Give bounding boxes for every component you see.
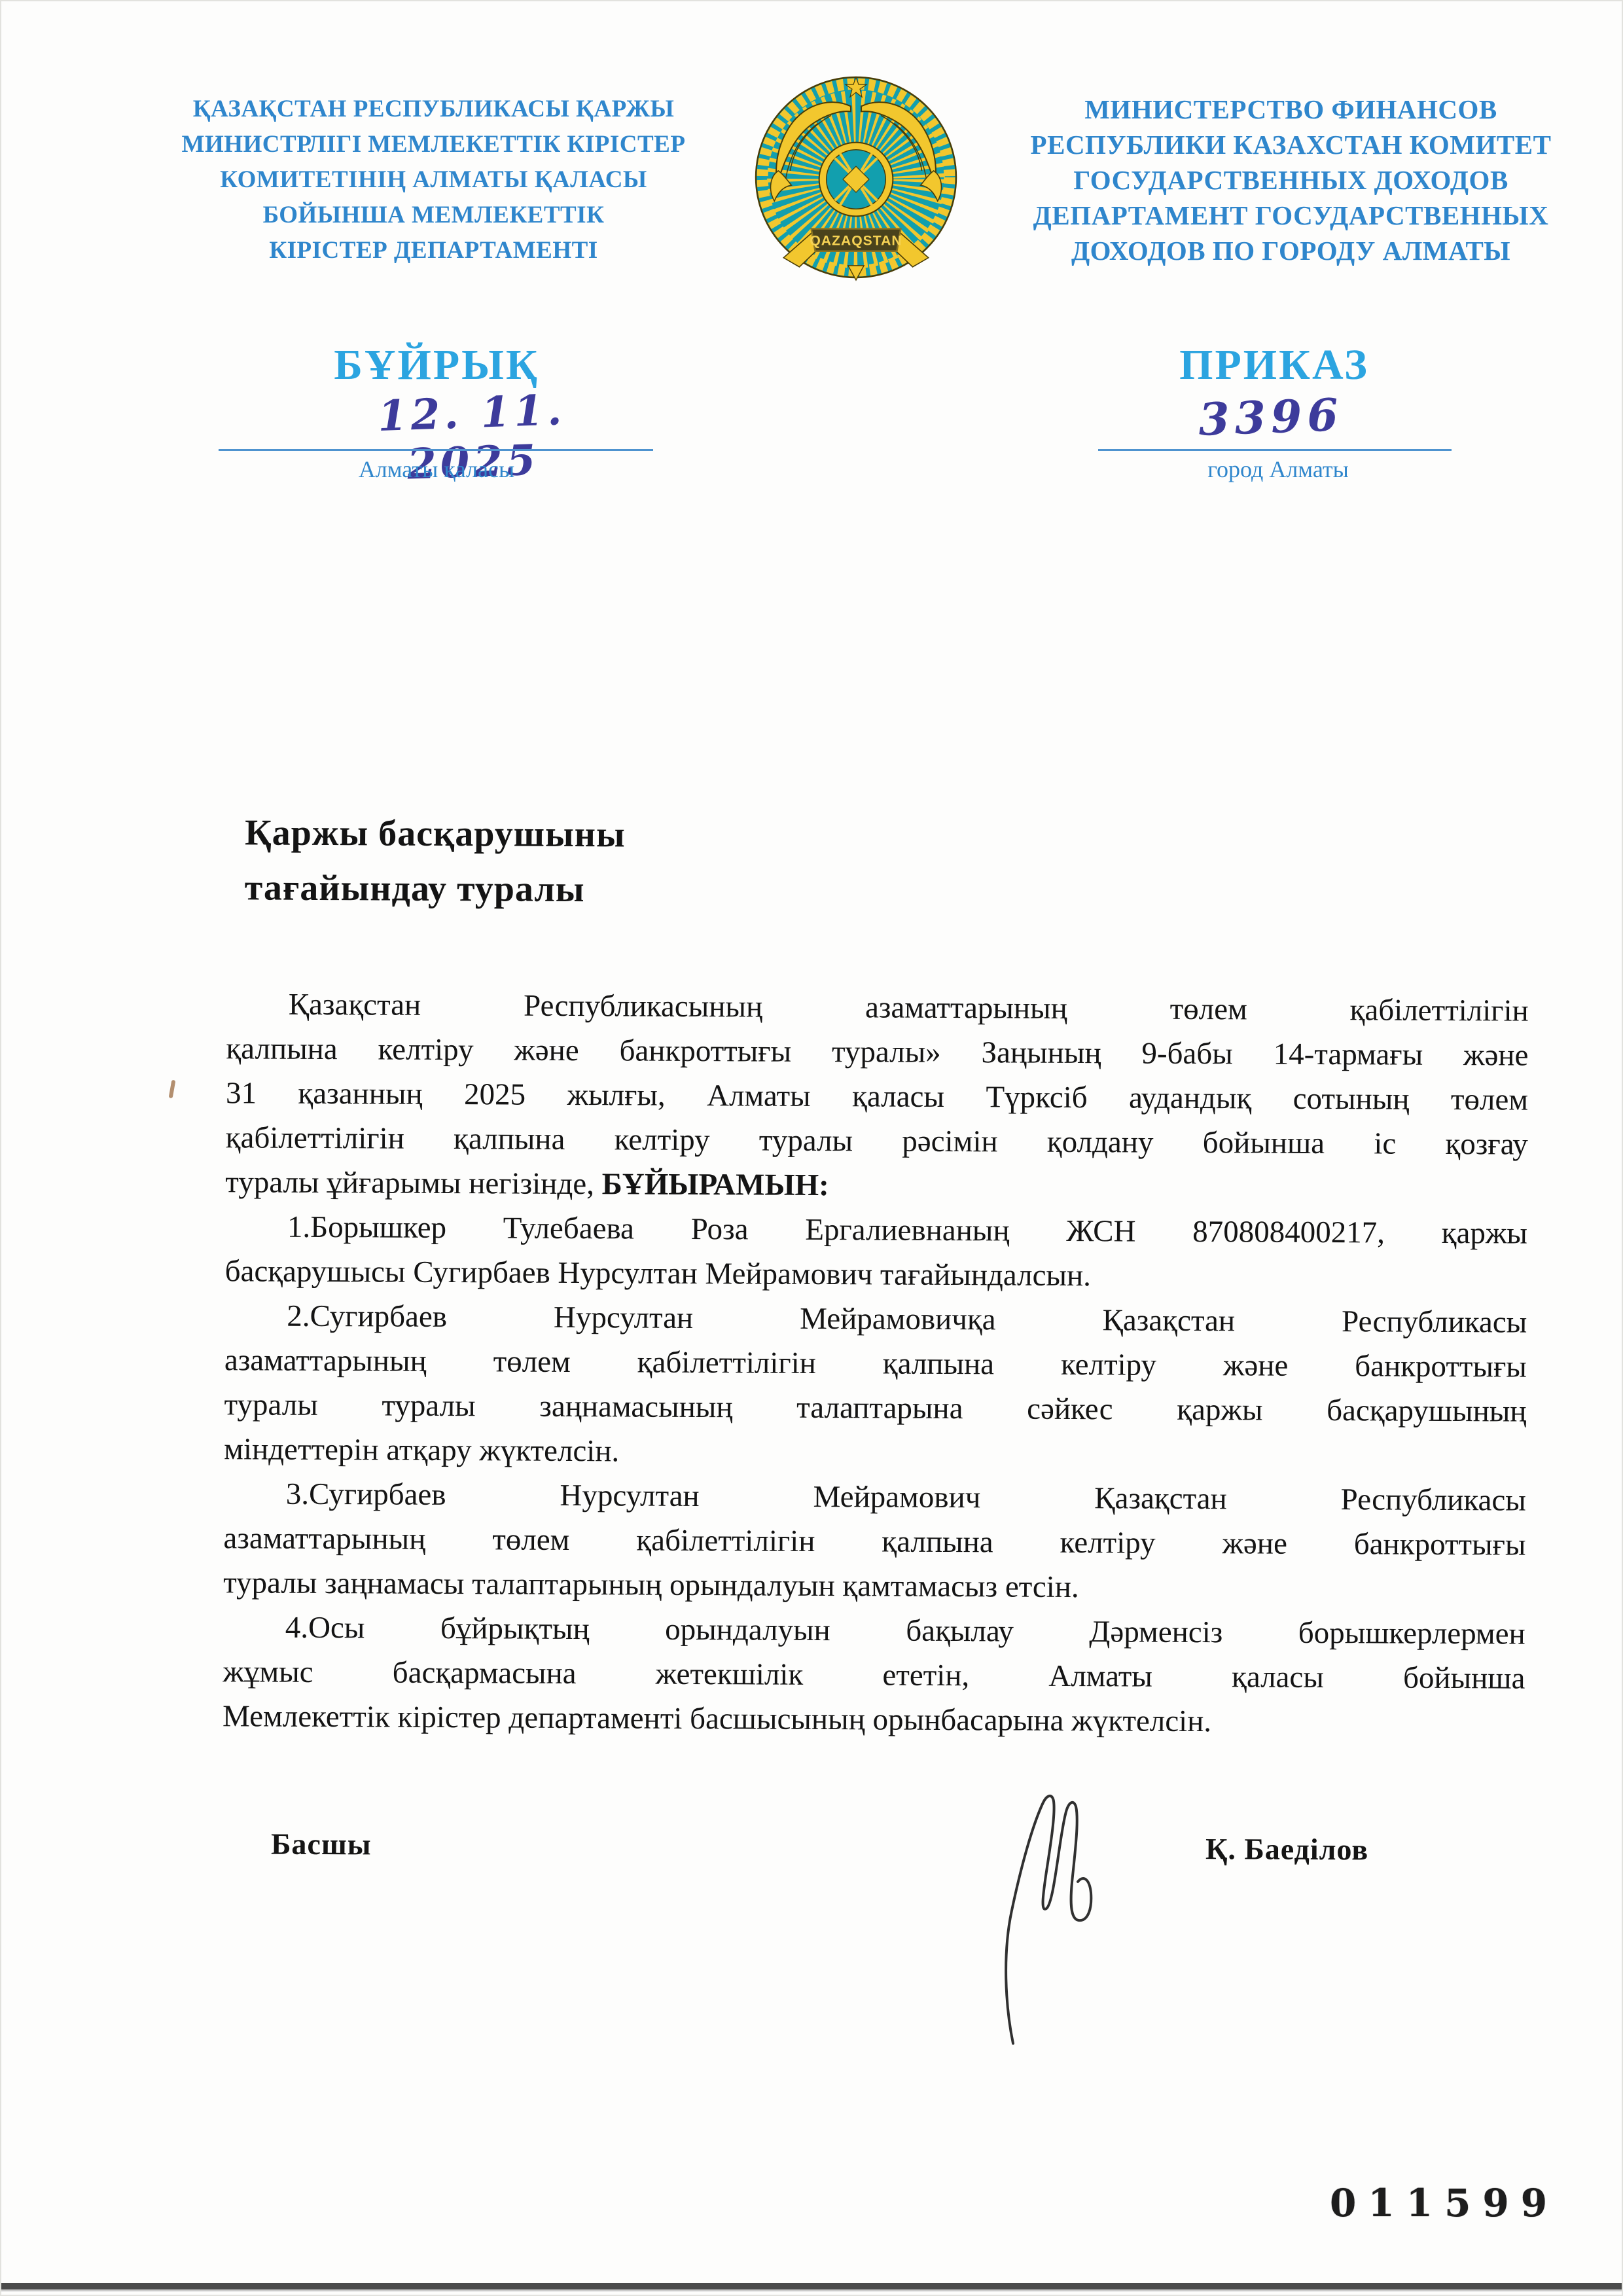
- handwritten-signature-icon: [993, 1789, 1108, 2054]
- letterhead-kk-line: ҚАЗАҚСТАН РЕСПУБЛИКАСЫ ҚАРЖЫ: [151, 92, 717, 127]
- body-line: 1.Борышкер Тулебаева Роза Ергалиевнаның …: [225, 1204, 1527, 1255]
- body-line: туралы заңнамасы талаптарының орындалуын…: [223, 1560, 1525, 1611]
- body-line-plain: туралы ұйғарымы негізінде,: [225, 1165, 602, 1201]
- letterhead-kk-line: КОМИТЕТІНІҢ АЛМАТЫ ҚАЛАСЫ: [151, 162, 717, 198]
- body-line: 2.Сугирбаев Нурсултан Мейрамовичқа Қазақ…: [224, 1293, 1527, 1344]
- body-line: азаматтарының төлем қабілеттілігін қалпы…: [223, 1516, 1525, 1567]
- subject-line: тағайындау туралы: [244, 860, 899, 918]
- stamped-serial-number: 011599: [1330, 2181, 1559, 2225]
- body-line: Қазақстан Республикасының азаматтарының …: [226, 982, 1529, 1033]
- scan-speck-artifact: [169, 1080, 176, 1099]
- body-line: туралы ұйғарымы негізінде, БҰЙЫРАМЫН:: [225, 1160, 1527, 1211]
- handwritten-order-number: 3396: [1172, 388, 1370, 447]
- subject-line: Қаржы басқарушыны: [245, 805, 899, 863]
- letterhead-ru-line: РЕСПУБЛИКИ КАЗАХСТАН КОМИТЕТ: [1001, 127, 1580, 162]
- issue-place-russian: город Алматы: [1092, 456, 1465, 483]
- body-line: 3.Сугирбаев Нурсултан Мейрамович Қазақст…: [224, 1471, 1526, 1522]
- body-line: міндеттерін атқару жүктелсін.: [224, 1427, 1526, 1478]
- number-underline-rule: [1098, 449, 1452, 451]
- letterhead-ru-line: ДОХОДОВ ПО ГОРОДУ АЛМАТЫ: [1001, 233, 1580, 268]
- letterhead-ru-line: ДЕПАРТАМЕНТ ГОСУДАРСТВЕННЫХ: [1001, 198, 1580, 233]
- letterhead-kk-line: МИНИСТРЛІГІ МЕМЛЕКЕТТІК КІРІСТЕР: [151, 127, 717, 162]
- scanned-order-document: ҚАЗАҚСТАН РЕСПУБЛИКАСЫ ҚАРЖЫ МИНИСТРЛІГІ…: [0, 0, 1623, 2296]
- scanner-edge-line: [1, 2283, 1623, 2289]
- body-line: азаматтарының төлем қабілеттілігін қалпы…: [224, 1338, 1527, 1389]
- letterhead-ru-line: ГОСУДАРСТВЕННЫХ ДОХОДОВ: [1001, 162, 1580, 198]
- order-subject-title: Қаржы басқарушыны тағайындау туралы: [244, 805, 899, 918]
- body-line: 31 қазанның 2025 жылғы, Алматы қаласы Тү…: [226, 1071, 1528, 1122]
- letterhead-kazakh: ҚАЗАҚСТАН РЕСПУБЛИКАСЫ ҚАРЖЫ МИНИСТРЛІГІ…: [151, 92, 717, 268]
- body-line: жұмыс басқармасына жетекшілік ететін, Ал…: [223, 1649, 1525, 1700]
- signer-name: Қ. Баеділов: [1205, 1831, 1368, 1867]
- body-line: басқарушысы Сугирбаев Нурсултан Мейрамов…: [224, 1249, 1527, 1300]
- body-line: қалпына келтіру және банкроттығы туралы»…: [226, 1026, 1528, 1077]
- body-line: қабілеттілігін қалпына келтіру туралы рә…: [226, 1115, 1528, 1166]
- issue-place-kazakh: Алматы қаласы: [250, 456, 623, 483]
- body-line: туралы туралы заңнамасының талаптарына с…: [224, 1382, 1526, 1433]
- order-title-kazakh: БҰЙРЫҚ: [250, 340, 623, 390]
- order-body-text: Қазақстан Республикасының азаматтарының …: [223, 982, 1529, 1745]
- body-line: 4.Осы бұйрықтың орындалуын бақылау Дәрме…: [223, 1605, 1525, 1656]
- letterhead-kk-line: БОЙЫНША МЕМЛЕКЕТТІК: [151, 198, 717, 233]
- date-underline-rule: [219, 449, 653, 451]
- order-imperative-word: БҰЙЫРАМЫН:: [602, 1167, 829, 1202]
- signer-position-label: Басшы: [271, 1827, 372, 1862]
- letterhead-russian: МИНИСТЕРСТВО ФИНАНСОВ РЕСПУБЛИКИ КАЗАХСТ…: [1001, 92, 1580, 268]
- emblem-banner-text: QAZAQSTAN: [810, 234, 902, 249]
- kazakhstan-coat-of-arms-icon: QAZAQSTAN: [751, 72, 961, 286]
- letterhead-ru-line: МИНИСТЕРСТВО ФИНАНСОВ: [1001, 92, 1580, 127]
- body-line: Мемлекеттік кірістер департаменті басшыс…: [223, 1694, 1525, 1745]
- document-main-content: Қаржы басқарушыны тағайындау туралы Қаза…: [6, 0, 1623, 9]
- order-title-russian: ПРИКАЗ: [1088, 340, 1461, 390]
- letterhead-kk-line: КІРІСТЕР ДЕПАРТАМЕНТІ: [151, 233, 717, 268]
